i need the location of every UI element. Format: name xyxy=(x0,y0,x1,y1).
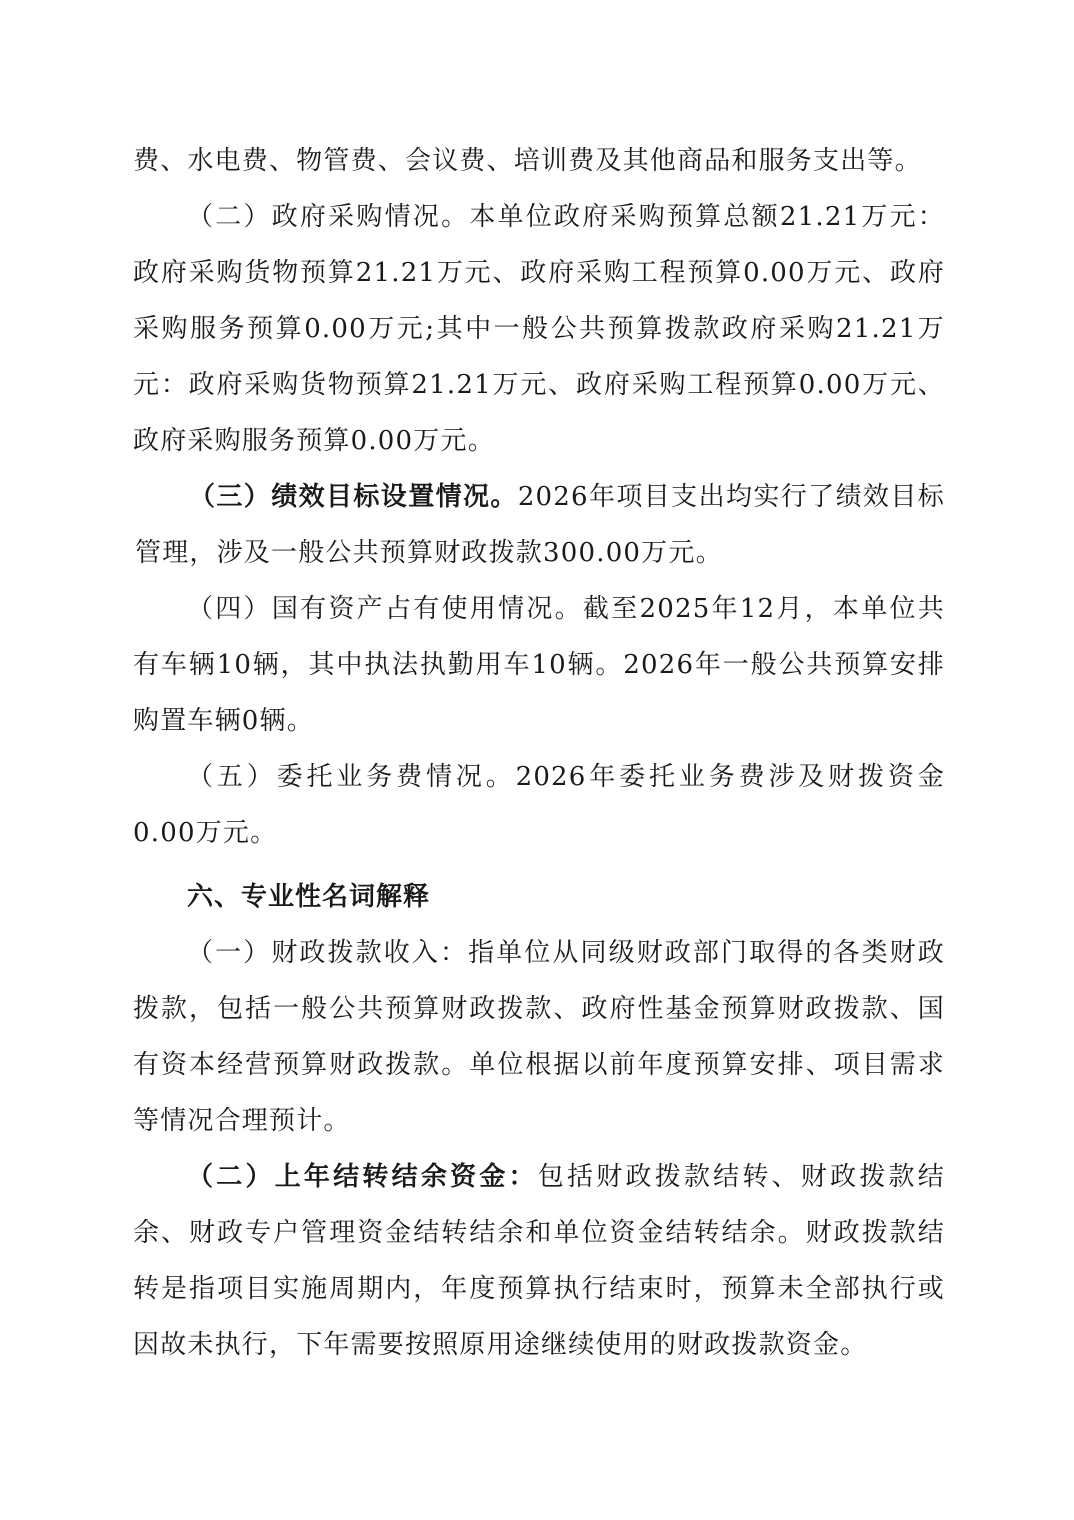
paragraph-state-assets: （四）国有资产占有使用情况。截至2025年12月，本单位共有车辆10辆，其中执法… xyxy=(133,581,945,749)
term-heading: （一）财政拨款收入： xyxy=(187,938,468,968)
term-fiscal-appropriation-income: （一）财政拨款收入：指单位从同级财政部门取得的各类财政拨款，包括一般公共预算财政… xyxy=(133,925,945,1149)
paragraph-heading: （三）绩效目标设置情况。 xyxy=(189,482,518,512)
paragraph-government-procurement: （二）政府采购情况。本单位政府采购预算总额21.21万元：政府采购货物预算21.… xyxy=(133,189,945,469)
paragraph-text: 本单位政府采购预算总额21.21万元：政府采购货物预算21.21万元、政府采购工… xyxy=(133,202,945,456)
paragraph-text: 费、水电费、物管费、会议费、培训费及其他商品和服务支出等。 xyxy=(133,146,922,176)
paragraph-performance-targets: （三）绩效目标设置情况。2026年项目支出均实行了绩效目标管理，涉及一般公共预算… xyxy=(133,469,945,581)
paragraph-heading: （二）政府采购情况。 xyxy=(187,202,469,232)
paragraph-heading: （五）委托业务费情况。 xyxy=(187,762,516,792)
paragraph-continuation: 费、水电费、物管费、会议费、培训费及其他商品和服务支出等。 xyxy=(133,133,945,189)
document-page: 费、水电费、物管费、会议费、培训费及其他商品和服务支出等。 （二）政府采购情况。… xyxy=(133,133,945,1373)
paragraph-entrusted-business-fees: （五）委托业务费情况。2026年委托业务费涉及财拨资金0.00万元。 xyxy=(133,749,945,861)
term-heading: （二）上年结转结余资金： xyxy=(187,1162,538,1192)
section-title-terminology: 六、专业性名词解释 xyxy=(133,869,945,925)
term-prior-year-carryover: （二）上年结转结余资金：包括财政拨款结转、财政拨款结余、财政专户管理资金结转结余… xyxy=(133,1149,945,1373)
paragraph-heading: （四）国有资产占有使用情况。 xyxy=(187,594,583,624)
